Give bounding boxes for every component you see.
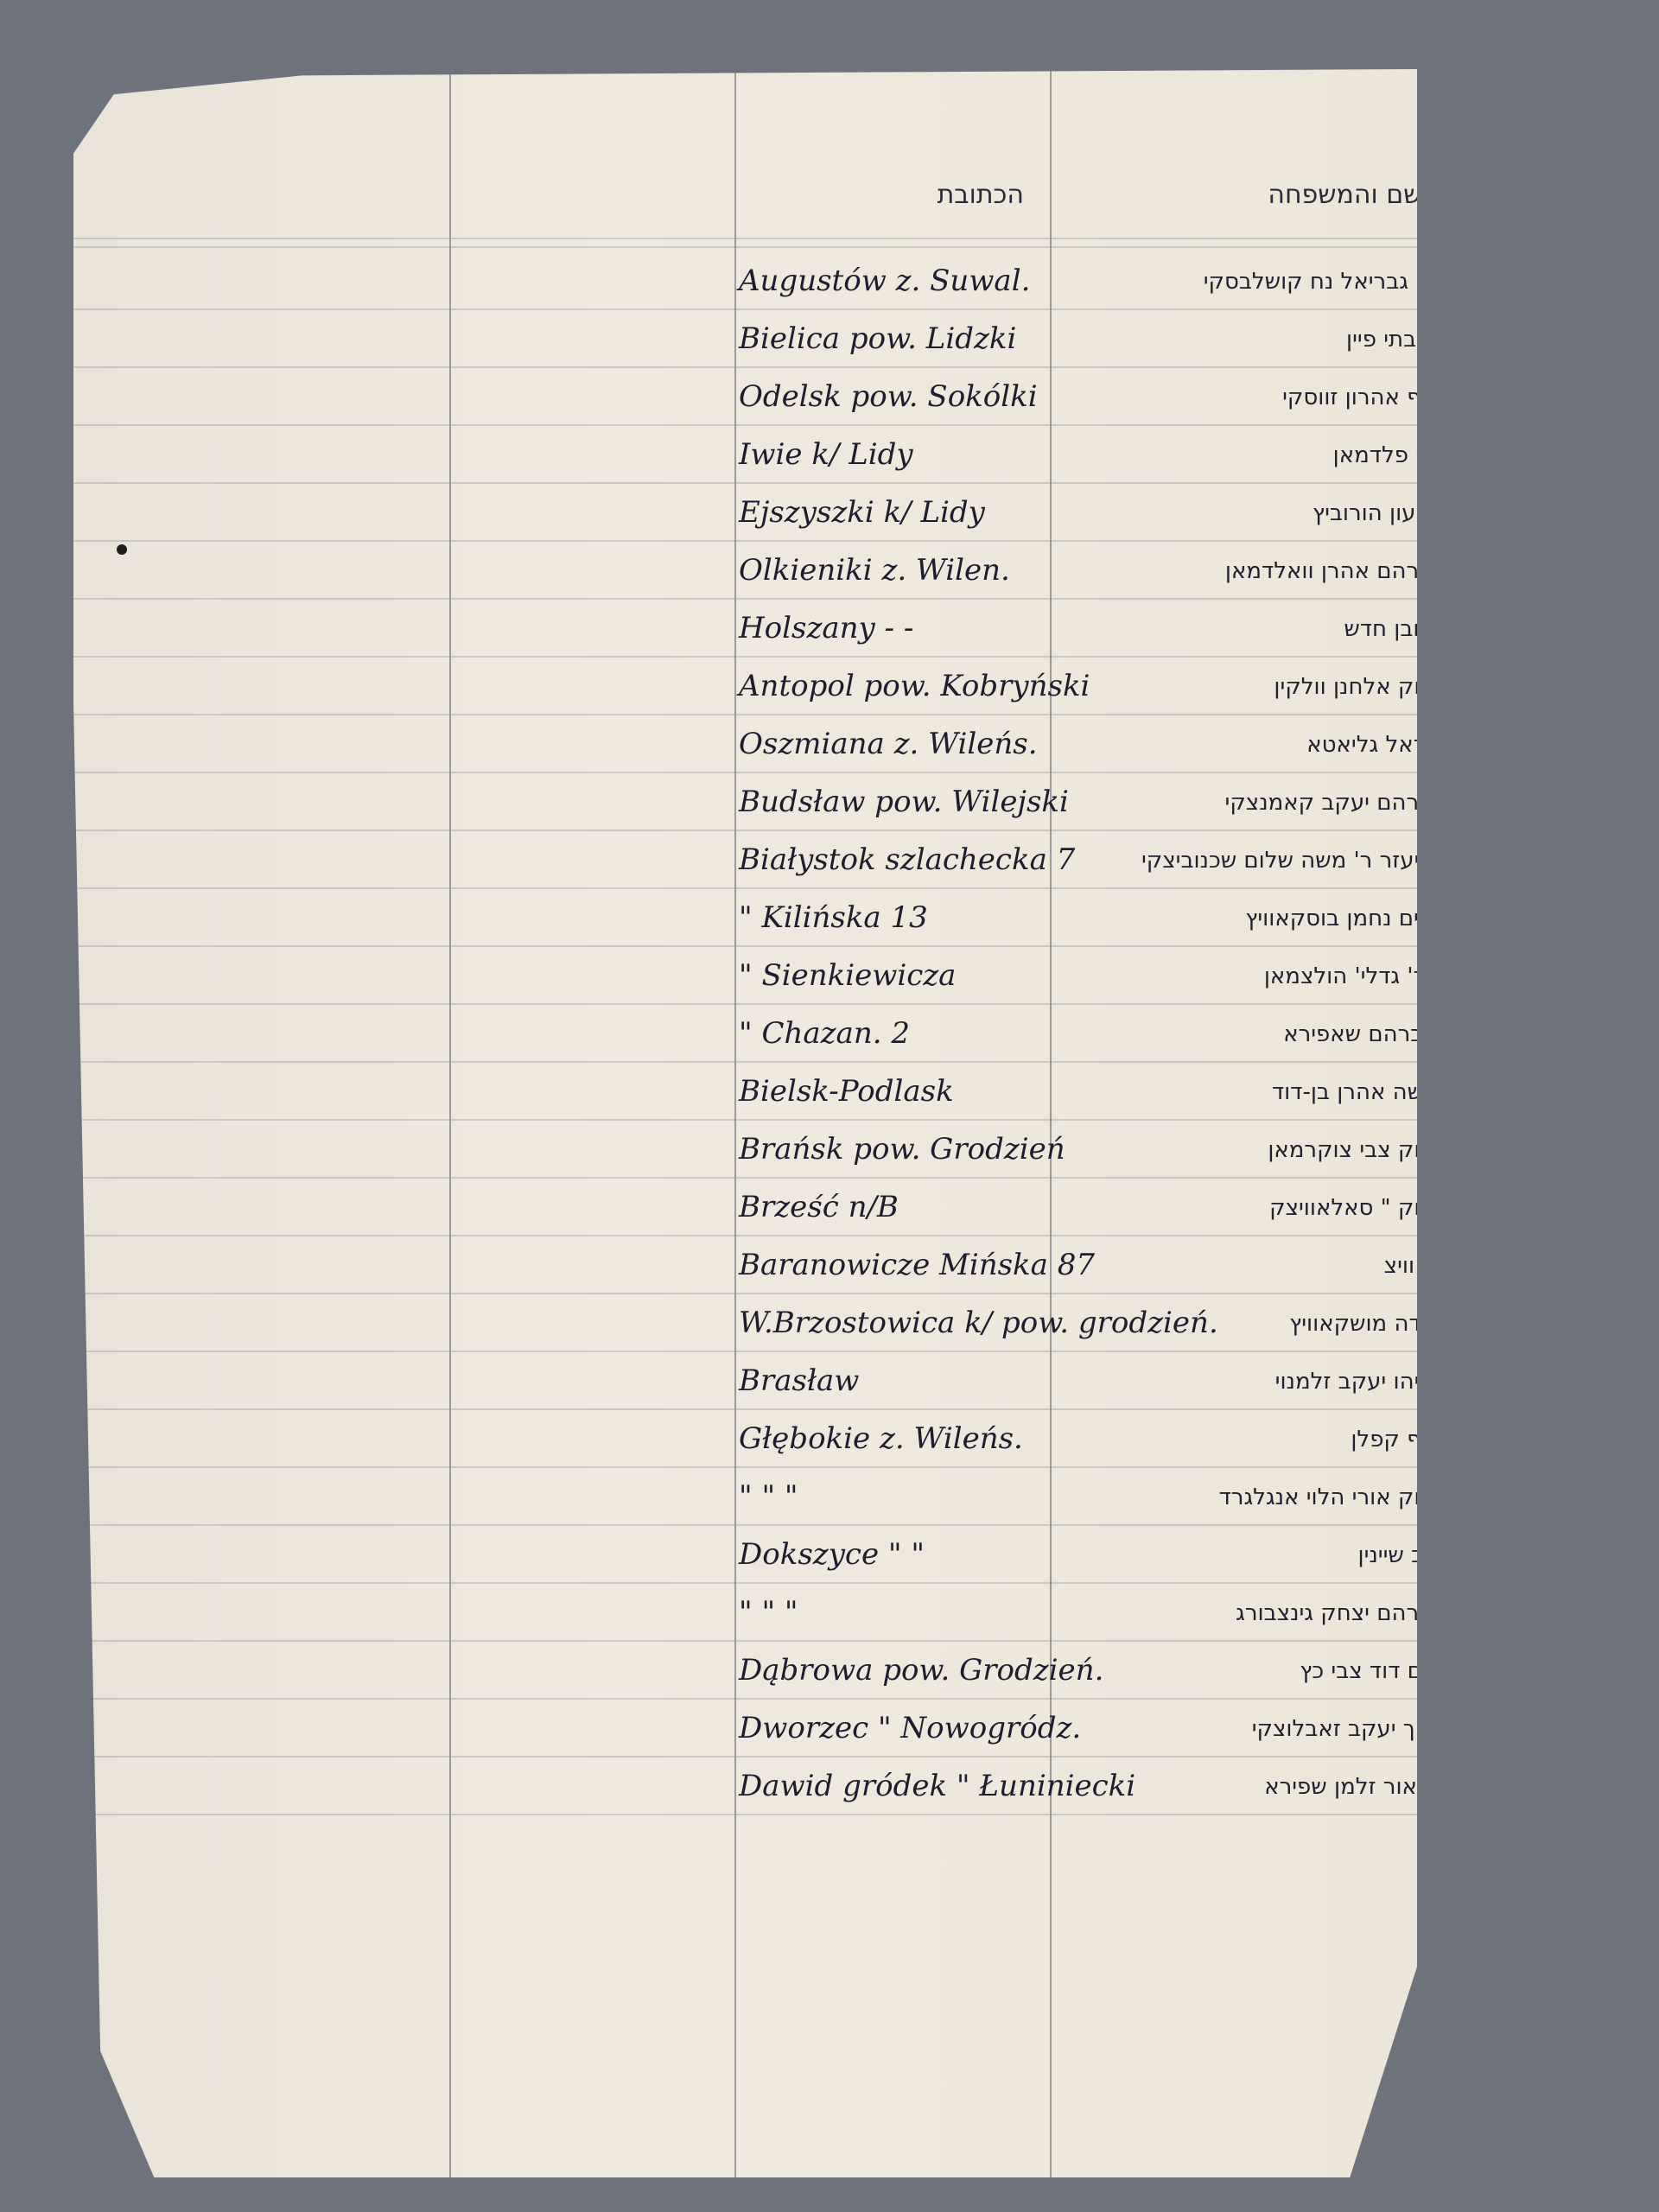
entry-address: Olkieniki z. Wilen. <box>739 553 1145 588</box>
row-rule <box>73 656 1417 658</box>
entry-address: " Kilińska 13 <box>739 900 1145 935</box>
entry-name: " " שמעון הורוביץ <box>1132 500 1482 526</box>
row-rule <box>73 1524 1417 1526</box>
header-name-column: השם והמשפחה <box>1084 180 1439 210</box>
entry-name: " " ברוך יעקב זאבלוצקי <box>1132 1716 1482 1742</box>
row-rule <box>73 714 1417 715</box>
row-rule <box>73 945 1417 947</box>
entry-name: " " ישראל גליאטא <box>1132 732 1482 758</box>
row-rule <box>73 1119 1417 1121</box>
row-rule <box>73 1061 1417 1063</box>
entry-name: " " יצחק צבי צוקרמאן <box>1132 1137 1482 1163</box>
entry-address: Antopol pow. Kobryński <box>739 669 1145 703</box>
entry-address: Iwie k/ Lidy <box>739 437 1145 472</box>
entry-address: Dokszyce " " <box>739 1537 1145 1572</box>
entry-name: " " יצחק אורי הלוי אנגלגרד <box>1132 1484 1482 1510</box>
entry-address: Brańsk pow. Grodzień <box>739 1132 1145 1166</box>
row-rule <box>73 424 1417 426</box>
row-rule <box>73 1293 1417 1294</box>
entry-name: " " ראובן חדש <box>1132 616 1482 642</box>
punch-hole <box>117 544 127 555</box>
entry-address: Baranowicze Mińska 87 <box>739 1248 1145 1282</box>
row-rule <box>73 772 1417 773</box>
entry-address: Holszany - - <box>739 611 1145 645</box>
entry-address: Dąbrowa pow. Grodzień. <box>739 1653 1145 1688</box>
entry-name: " " צבי פלדמאן <box>1132 442 1482 468</box>
entry-address: " " " <box>739 1595 1145 1630</box>
row-rule <box>73 238 1417 239</box>
entry-name: " ר' אברהם שאפירא <box>1132 1021 1482 1047</box>
row-rule <box>73 1814 1417 1815</box>
entry-address: Oszmiana z. Wileńs. <box>739 727 1145 761</box>
row-rule <box>73 1177 1417 1179</box>
entry-address: " " " <box>739 1479 1145 1514</box>
entry-name: " " אברהם יצחק גינצבורג <box>1132 1600 1482 1626</box>
entry-name: " ר' חיים נחמן בוסקאוויץ <box>1132 906 1482 931</box>
row-rule <box>73 1235 1417 1236</box>
row-rule <box>73 598 1417 600</box>
entry-name: " ר' משה אהרן בן-דוד <box>1132 1079 1482 1105</box>
entry-address: W.Brzostowica k/ pow. grodzień. <box>739 1306 1145 1340</box>
entry-address: Brześć n/B <box>739 1190 1145 1224</box>
header-address-column: הכתובת <box>765 180 1024 210</box>
row-rule <box>73 1003 1417 1005</box>
entry-name: " " השבתי פיין <box>1132 327 1482 353</box>
entry-address: Dworzec " Nowogródz. <box>739 1711 1145 1745</box>
row-rule <box>73 887 1417 889</box>
column-rule <box>734 69 736 2177</box>
entry-address: " Chazan. 2 <box>739 1016 1145 1051</box>
row-rule <box>73 1466 1417 1468</box>
entry-address: Białystok szlachecka 7 <box>739 842 1145 877</box>
entry-name: " " יצחק " סאלאוויצק <box>1132 1195 1482 1221</box>
handwritten-document-sheet: השם והמשפחה הכתובת Augustów z. Suwal.הרב… <box>73 69 1417 2177</box>
entry-name: " " חיים דוד צבי כץ <box>1132 1658 1482 1684</box>
entry-address: Odelsk pow. Sokólki <box>739 379 1145 414</box>
entry-name: " " אברהם אהרן וואלדמאן <box>1132 558 1482 584</box>
entry-address: Augustów z. Suwal. <box>739 264 1145 298</box>
entry-name: " " יהודה מושקאוויץ <box>1132 1311 1482 1337</box>
entry-name: " " יצחק אלחנן וולקין <box>1132 674 1482 700</box>
row-rule <box>73 308 1417 310</box>
row-rule <box>73 1698 1417 1700</box>
row-rule <box>73 366 1417 368</box>
row-rule <box>73 540 1417 542</box>
row-rule <box>73 482 1417 484</box>
row-rule <box>73 246 1417 248</box>
row-rule <box>73 1640 1417 1642</box>
entry-address: Bielsk-Podlask <box>739 1074 1145 1109</box>
entry-address: Dawid gródek " Łuniniecki <box>739 1769 1145 1803</box>
entry-name: " צבי ר' גדלי' הולצמאן <box>1132 963 1482 989</box>
entry-address: Brasław <box>739 1363 1145 1398</box>
entry-address: Bielica pow. Lidzki <box>739 321 1145 356</box>
entry-name: " " אליעזר ר' משה שלום שכנוביצקי <box>1132 848 1482 874</box>
column-rule <box>449 69 451 2177</box>
entry-name: " " יוסף קפלן <box>1132 1427 1482 1452</box>
entry-name: " " אברהם יעקב קאמנצקי <box>1132 790 1482 816</box>
entry-name: " " דב וויצ <box>1132 1253 1482 1279</box>
row-rule <box>73 1351 1417 1352</box>
row-rule <box>73 1408 1417 1410</box>
entry-address: Głębokie z. Wileńs. <box>739 1421 1145 1456</box>
entry-name: " " שניאור זלמן שפירא <box>1132 1774 1482 1800</box>
row-rule <box>73 1756 1417 1758</box>
entry-name: הרב ר' גבריאל נח קושלבסקי <box>1132 269 1482 295</box>
row-rule <box>73 1582 1417 1584</box>
entry-name: " " אליהו יעקב זלמנוי <box>1132 1369 1482 1395</box>
row-rule <box>73 829 1417 831</box>
entry-address: " Sienkiewicza <box>739 958 1145 993</box>
entry-name: " " לייב שיינין <box>1132 1542 1482 1568</box>
entry-address: Budsław pow. Wilejski <box>739 785 1145 819</box>
entry-name: " " יוסף אהרון זווסקי <box>1132 385 1482 410</box>
entry-address: Ejszyszki k/ Lidy <box>739 495 1145 530</box>
